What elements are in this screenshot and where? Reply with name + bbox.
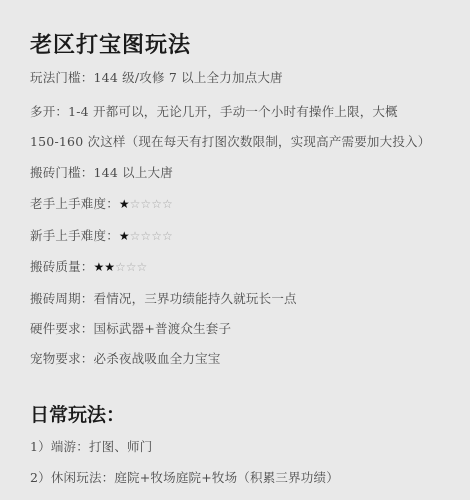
section-title-old-server-treasure-map: 老区打宝图玩法 [30, 28, 191, 59]
star-filled-icon: ★ [119, 197, 130, 211]
line-label: 宠物要求： [30, 351, 94, 366]
line-value: 144 以上大唐 [94, 165, 173, 180]
line-label: 搬砖门槛： [30, 165, 94, 180]
line-label: 新手上手难度： [30, 228, 119, 243]
line-label: 搬砖周期： [30, 291, 94, 306]
section-title-daily-play: 日常玩法： [30, 400, 125, 427]
line-label: 2） [30, 470, 51, 485]
star-empty-icon: ☆☆☆ [115, 260, 147, 274]
line-value: 144 级/攻修 7 以上全力加点大唐 [94, 70, 283, 85]
line-value: 必杀夜战吸血全力宝宝 [94, 351, 221, 366]
line-value: 1-4 开都可以，无论几开，手动一个小时有操作上限，大概 [68, 104, 398, 119]
text-line-multi-account: 多开：1-4 开都可以，无论几开，手动一个小时有操作上限，大概 [30, 102, 398, 120]
text-line-play-threshold: 玩法门槛：144 级/攻修 7 以上全力加点大唐 [30, 68, 283, 86]
line-value: 150-160 次这样（现在每天有打图次数限制，实现高产需要加大投入） [30, 134, 430, 149]
text-line-farming-quality: 搬砖质量：★★☆☆☆ [30, 257, 147, 275]
line-label: 多开： [30, 104, 68, 119]
document-page: 老区打宝图玩法 玩法门槛：144 级/攻修 7 以上全力加点大唐 多开：1-4 … [0, 0, 470, 500]
line-value: 国标武器+普渡众生套子 [94, 321, 232, 336]
text-line-farming-threshold: 搬砖门槛：144 以上大唐 [30, 163, 173, 181]
text-line-multi-account-continued: 150-160 次这样（现在每天有打图次数限制，实现高产需要加大投入） [30, 132, 430, 150]
text-line-farming-cycle: 搬砖周期：看情况，三界功绩能持久就玩长一点 [30, 289, 297, 307]
line-value: 看情况，三界功绩能持久就玩长一点 [94, 291, 297, 306]
star-empty-icon: ☆☆☆☆ [130, 197, 173, 211]
text-line-pet-requirement: 宠物要求：必杀夜战吸血全力宝宝 [30, 349, 221, 367]
star-filled-icon: ★★ [94, 260, 116, 274]
star-filled-icon: ★ [119, 229, 130, 243]
line-label: 1） [30, 439, 51, 454]
line-value: 休闲玩法：庭院+牧场庭院+牧场（积累三界功绩） [51, 470, 339, 485]
line-label: 玩法门槛： [30, 70, 94, 85]
line-value: 端游：打图、师门 [51, 439, 153, 454]
star-empty-icon: ☆☆☆☆ [130, 229, 173, 243]
text-line-daily-item-1: 1）端游：打图、师门 [30, 437, 152, 455]
text-line-equipment-requirement: 硬件要求：国标武器+普渡众生套子 [30, 319, 231, 337]
text-line-newbie-difficulty: 新手上手难度：★☆☆☆☆ [30, 226, 173, 244]
star-rating: ★☆☆☆☆ [119, 197, 173, 211]
text-line-veteran-difficulty: 老手上手难度：★☆☆☆☆ [30, 194, 173, 212]
line-label: 老手上手难度： [30, 196, 119, 211]
star-rating: ★☆☆☆☆ [119, 229, 173, 243]
text-line-daily-item-2: 2）休闲玩法：庭院+牧场庭院+牧场（积累三界功绩） [30, 468, 339, 486]
star-rating: ★★☆☆☆ [94, 260, 148, 274]
line-label: 搬砖质量： [30, 259, 94, 274]
line-label: 硬件要求： [30, 321, 94, 336]
